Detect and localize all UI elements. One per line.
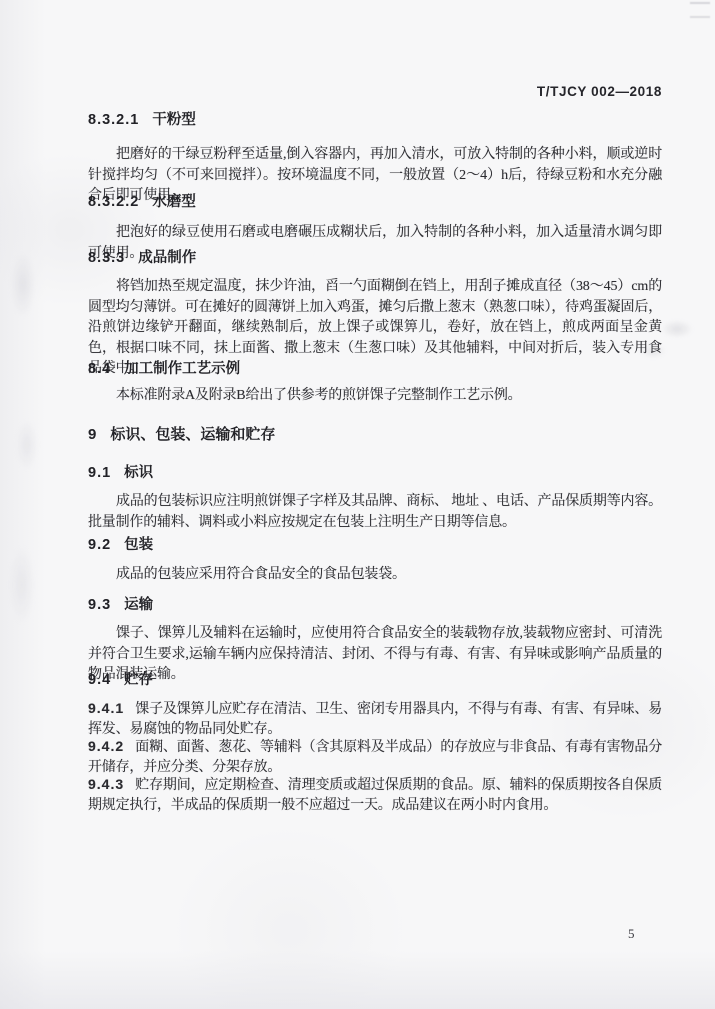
heading-title: 贮存	[124, 672, 153, 688]
heading-number: 9.4	[88, 672, 111, 688]
heading-8-3-2-1: 8.3.2.1干粉型	[88, 112, 662, 129]
heading-title: 加工制作工艺示例	[124, 361, 240, 377]
clause-9-4-1: 9.4.1馃子及馃箅儿应贮存在清洁、卫生、密闭专用器具内，不得与有毒、有害、有异…	[88, 699, 662, 739]
heading-9-1: 9.1标识	[88, 465, 662, 482]
clause-number: 9.4.1	[88, 700, 124, 716]
scanned-document-page: T/TJCY 002—2018 8.3.2.1干粉型 把磨好的干绿豆粉秤至适量,…	[0, 0, 715, 1009]
paragraph: 成品的包装标识应注明煎饼馃子字样及其品牌、商标、 地址 、电话、产品保质期等内容…	[88, 492, 662, 533]
scan-smudge-left	[4, 210, 50, 630]
chapter-number: 9	[88, 426, 97, 443]
clause-text: 贮存期间，应定期检查、清理变质或超过保质期的食品。原、辅料的保质期按各自保质期规…	[88, 778, 662, 813]
heading-number: 8.3.2.2	[88, 194, 139, 210]
heading-title: 包装	[124, 537, 153, 553]
heading-8-3-2-2: 8.3.2.2水磨型	[88, 194, 662, 211]
heading-number: 8.3.3	[88, 250, 125, 266]
heading-9-2: 9.2包装	[88, 537, 662, 554]
standard-code-header: T/TJCY 002—2018	[88, 84, 662, 99]
heading-8-4: 8.4加工制作工艺示例	[88, 361, 662, 378]
chapter-title: 标识、包装、运输和贮存	[110, 426, 275, 443]
scan-mark-top-right	[690, 2, 710, 18]
clause-9-4-2: 9.4.2面糊、面酱、葱花、等辅料（含其原料及半成品）的存放应与非食品、有毒有害…	[88, 737, 662, 777]
heading-title: 成品制作	[138, 250, 196, 266]
heading-title: 标识	[124, 465, 153, 481]
paragraph: 本标准附录A及附录B给出了供参考的煎饼馃子完整制作工艺示例。	[88, 386, 662, 407]
heading-9-4: 9.4贮存	[88, 672, 662, 689]
heading-8-3-3: 8.3.3成品制作	[88, 250, 662, 267]
clause-number: 9.4.2	[88, 738, 124, 754]
clause-text: 馃子及馃箅儿应贮存在清洁、卫生、密闭专用器具内，不得与有毒、有害、有异味、易挥发…	[88, 702, 662, 737]
page-number: 5	[628, 926, 635, 942]
heading-number: 9.2	[88, 537, 111, 553]
chapter-9-heading: 9标识、包装、运输和贮存	[88, 426, 662, 443]
clause-text: 面糊、面酱、葱花、等辅料（含其原料及半成品）的存放应与非食品、有毒有害物品分开储…	[88, 740, 662, 775]
heading-number: 8.3.2.1	[88, 112, 139, 128]
scan-shade-bottom	[0, 951, 715, 1009]
heading-title: 水磨型	[152, 194, 196, 210]
clause-9-4-3: 9.4.3贮存期间，应定期检查、清理变质或超过保质期的食品。原、辅料的保质期按各…	[88, 775, 662, 815]
heading-title: 运输	[124, 597, 153, 613]
paragraph: 成品的包装应采用符合食品安全的食品包装袋。	[88, 565, 662, 586]
heading-number: 9.3	[88, 597, 111, 613]
heading-number: 8.4	[88, 361, 111, 377]
heading-number: 9.1	[88, 465, 111, 481]
heading-9-3: 9.3运输	[88, 597, 662, 614]
heading-title: 干粉型	[152, 112, 196, 128]
clause-number: 9.4.3	[88, 776, 124, 792]
